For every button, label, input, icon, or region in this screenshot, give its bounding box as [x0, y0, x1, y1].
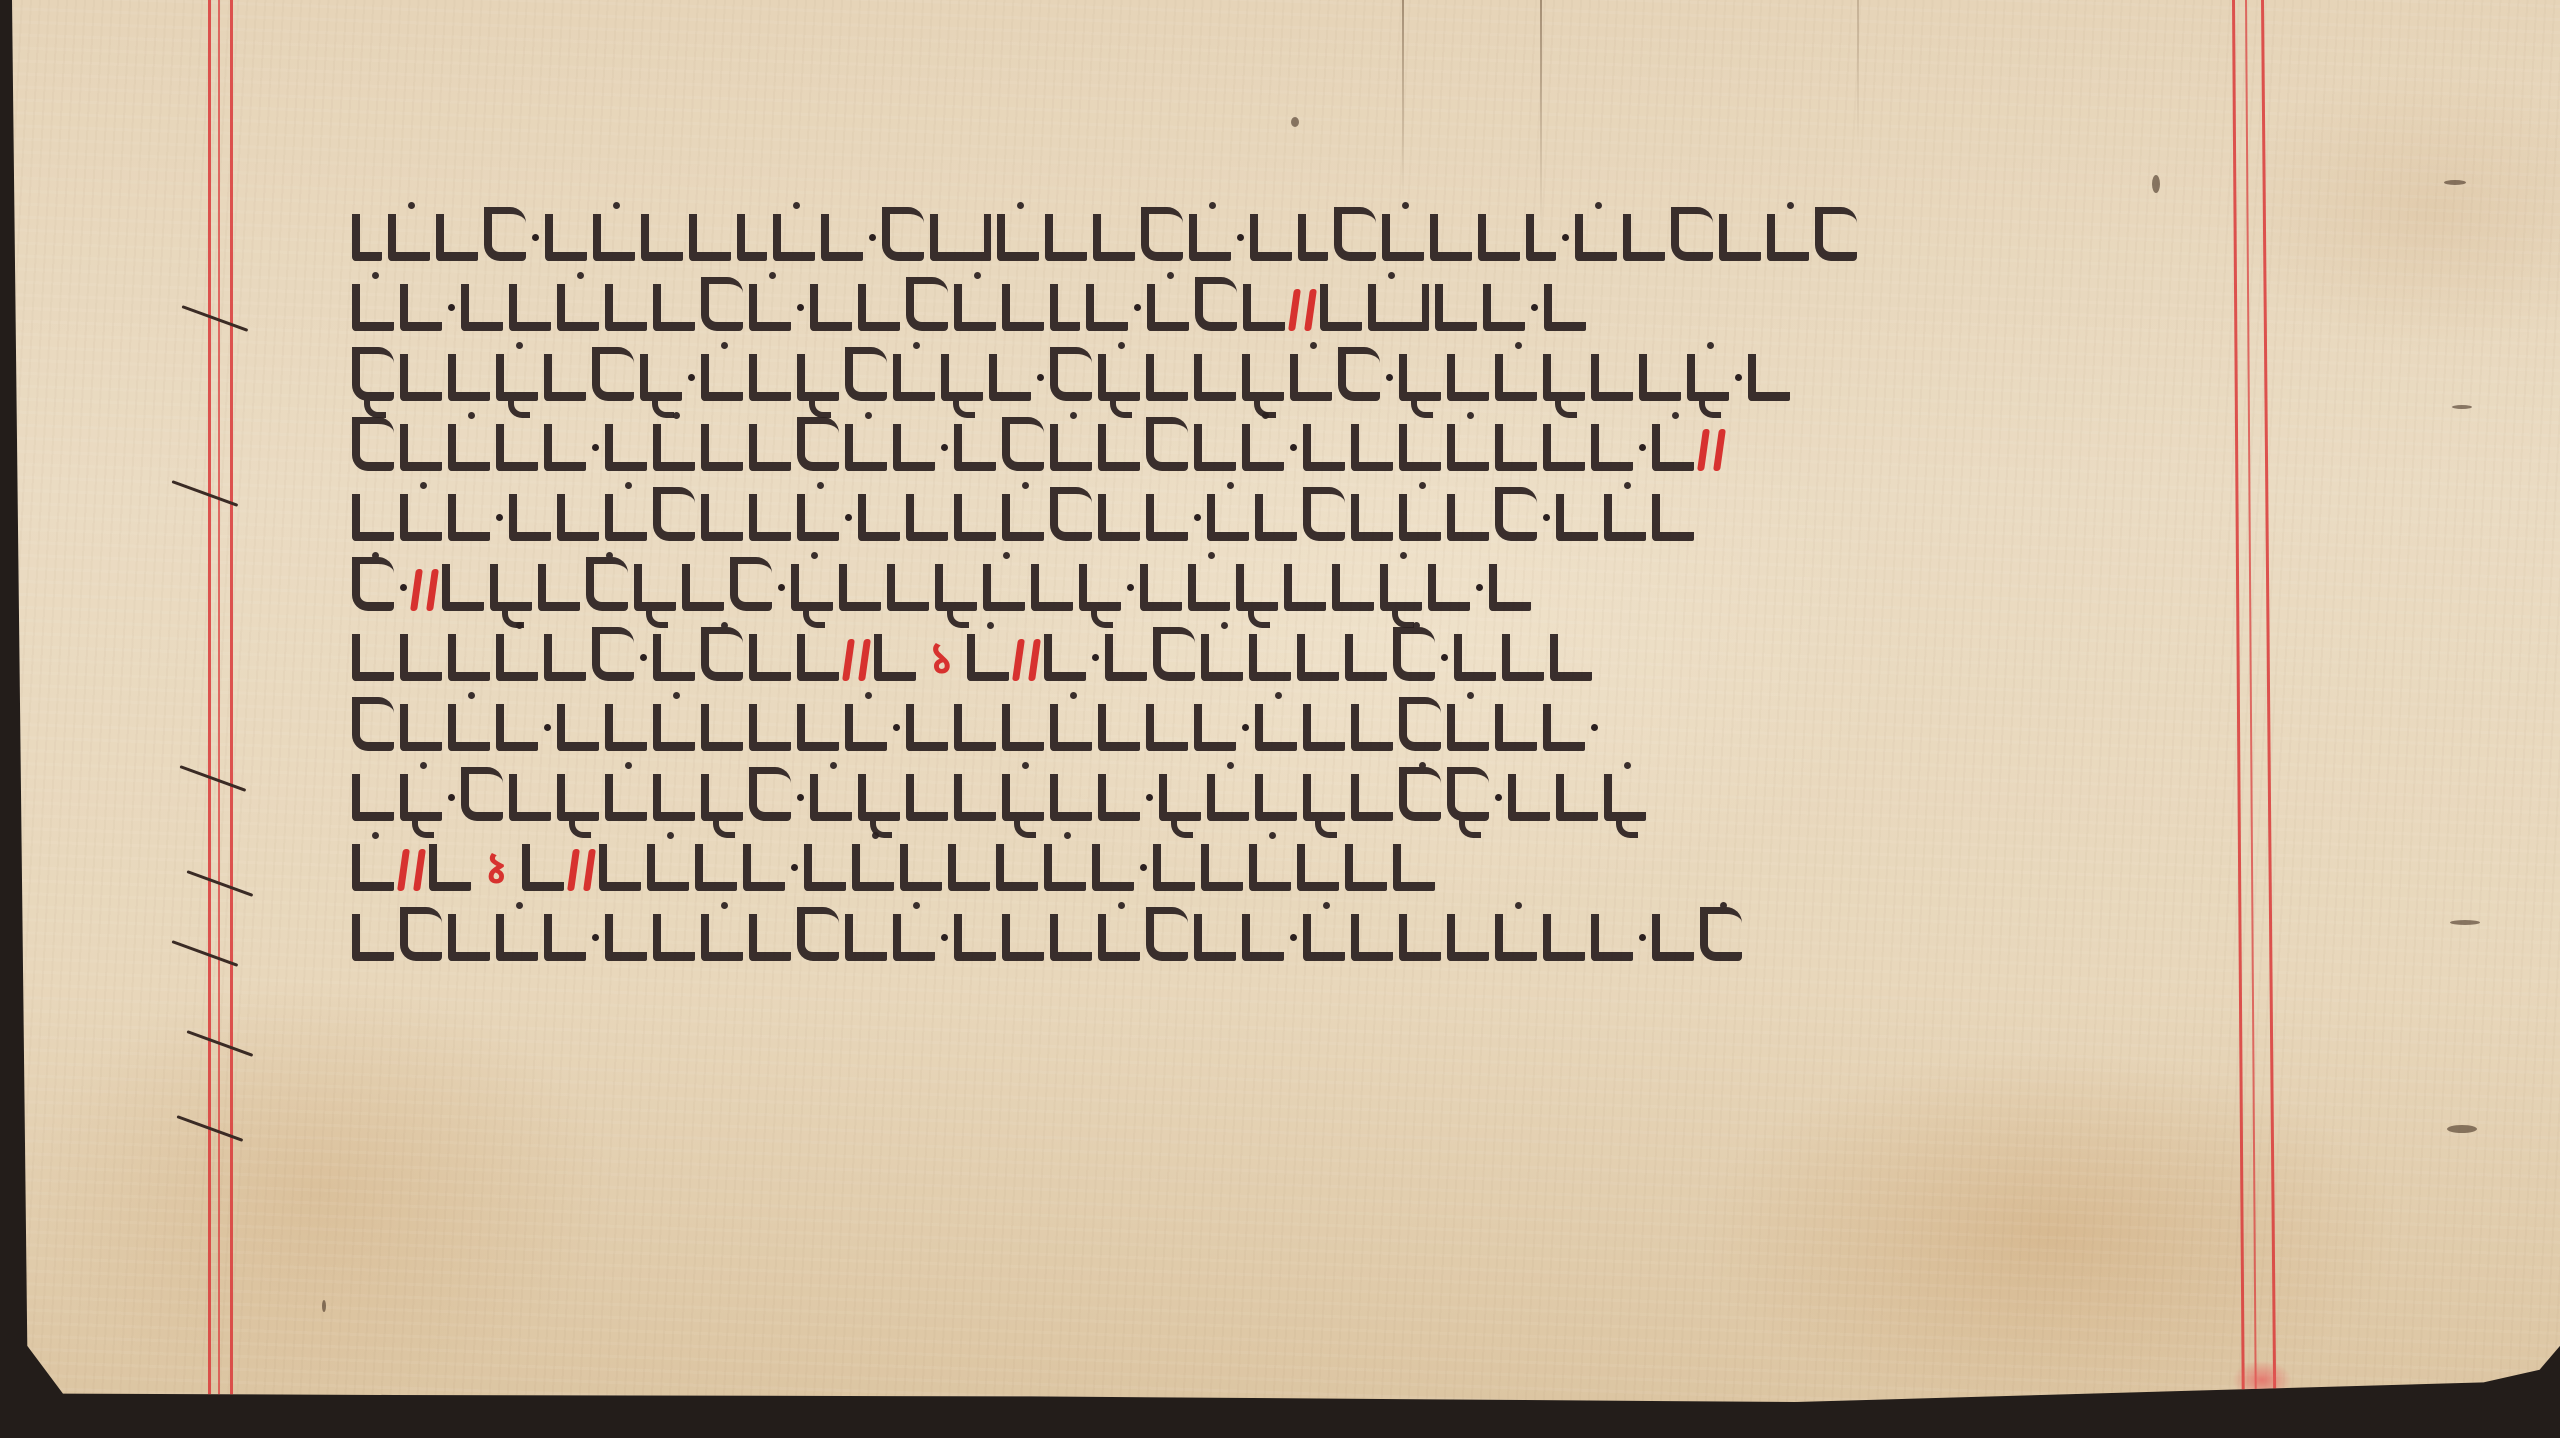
script-glyph — [1297, 844, 1339, 891]
script-glyph — [522, 844, 564, 891]
manuscript-line: ९ — [352, 625, 2252, 681]
paper-speck — [2447, 1125, 2477, 1133]
word-separator-dot — [797, 304, 804, 311]
script-glyph — [1194, 704, 1236, 751]
manuscript-leaf: ९१ — [12, 0, 2560, 1402]
script-glyph — [1604, 774, 1646, 821]
script-glyph — [1105, 634, 1147, 681]
script-glyph — [1652, 914, 1694, 961]
script-glyph — [997, 214, 1039, 261]
script-glyph — [544, 914, 586, 961]
script-glyph — [791, 564, 833, 611]
script-glyph — [1249, 844, 1291, 891]
word-separator-dot — [1531, 304, 1538, 311]
paper-crease — [1540, 0, 1542, 230]
script-glyph — [954, 774, 996, 821]
script-glyph — [1092, 844, 1134, 891]
script-glyph — [442, 564, 484, 611]
script-glyph — [1297, 634, 1339, 681]
script-glyph — [352, 844, 394, 891]
script-glyph — [1255, 494, 1297, 541]
script-glyph — [1201, 844, 1243, 891]
script-glyph — [749, 704, 791, 751]
script-glyph — [1249, 634, 1291, 681]
script-glyph — [1351, 704, 1393, 751]
script-glyph — [730, 557, 772, 611]
script-glyph — [352, 774, 394, 821]
script-glyph — [1700, 907, 1742, 961]
script-glyph — [592, 627, 634, 681]
script-glyph — [1207, 494, 1249, 541]
script-glyph — [496, 704, 538, 751]
script-glyph — [689, 214, 731, 261]
script-glyph — [496, 634, 538, 681]
manuscript-line — [352, 695, 2252, 751]
script-glyph — [954, 424, 996, 471]
left-margin-rule — [218, 0, 220, 1400]
script-glyph — [1543, 424, 1585, 471]
word-separator-dot — [869, 234, 876, 241]
script-glyph — [400, 774, 442, 821]
script-glyph — [400, 704, 442, 751]
left-margin-rule — [208, 0, 211, 1400]
script-glyph — [1393, 844, 1435, 891]
manuscript-line — [352, 555, 2252, 611]
double-danda-mark — [400, 847, 423, 891]
script-glyph — [1338, 347, 1380, 401]
script-glyph — [797, 704, 839, 751]
script-glyph — [634, 564, 676, 611]
script-glyph — [882, 207, 924, 261]
script-glyph — [1146, 704, 1188, 751]
script-glyph — [557, 284, 599, 331]
script-glyph — [1332, 564, 1374, 611]
script-glyph — [1098, 354, 1140, 401]
script-glyph — [852, 844, 894, 891]
script-glyph — [1250, 214, 1292, 261]
word-separator-dot — [1441, 654, 1448, 661]
right-margin-rule — [2261, 0, 2276, 1395]
manuscript-line — [352, 905, 2252, 961]
script-glyph — [496, 914, 538, 961]
script-glyph — [1543, 914, 1585, 961]
script-glyph — [906, 277, 948, 331]
script-glyph — [1050, 347, 1092, 401]
script-glyph — [352, 284, 394, 331]
line-guide-stroke — [171, 940, 238, 967]
script-glyph — [461, 284, 503, 331]
ink-bleed — [2232, 1360, 2292, 1400]
left-margin-rule — [230, 0, 233, 1400]
script-glyph — [1320, 284, 1362, 331]
script-glyph — [1495, 914, 1537, 961]
script-glyph — [352, 417, 394, 471]
script-glyph — [1671, 207, 1713, 261]
script-glyph — [593, 214, 635, 261]
script-glyph — [1767, 214, 1809, 261]
script-glyph — [845, 424, 887, 471]
script-glyph — [448, 424, 490, 471]
script-glyph — [448, 354, 490, 401]
script-glyph — [1303, 914, 1345, 961]
script-glyph — [448, 634, 490, 681]
script-glyph — [893, 354, 935, 401]
script-glyph — [352, 557, 394, 611]
script-glyph — [1368, 284, 1429, 331]
manuscript-line — [352, 415, 2252, 471]
script-glyph — [954, 284, 996, 331]
script-glyph — [701, 704, 743, 751]
script-glyph — [1098, 704, 1140, 751]
script-glyph — [429, 844, 471, 891]
paper-speck — [2444, 180, 2466, 185]
script-glyph — [1687, 354, 1729, 401]
script-glyph — [1544, 284, 1586, 331]
script-glyph — [647, 844, 689, 891]
script-glyph — [592, 347, 634, 401]
script-glyph — [1284, 564, 1326, 611]
script-glyph — [701, 354, 743, 401]
script-glyph — [737, 214, 767, 261]
script-glyph — [1591, 914, 1633, 961]
script-glyph — [557, 774, 599, 821]
script-glyph — [1447, 494, 1489, 541]
script-glyph — [1495, 487, 1537, 541]
script-glyph — [900, 844, 942, 891]
script-glyph — [1242, 914, 1284, 961]
word-separator-dot — [1290, 444, 1297, 451]
word-separator-dot — [688, 374, 695, 381]
word-separator-dot — [1290, 934, 1297, 941]
script-glyph — [436, 214, 478, 261]
script-glyph — [1201, 634, 1243, 681]
script-glyph — [605, 284, 647, 331]
script-glyph — [749, 424, 791, 471]
script-glyph — [1146, 354, 1188, 401]
script-glyph — [352, 697, 394, 751]
script-glyph — [1044, 844, 1086, 891]
word-separator-dot — [1092, 654, 1099, 661]
double-danda-mark — [1700, 427, 1723, 471]
script-glyph — [701, 424, 743, 471]
word-separator-dot — [1140, 864, 1147, 871]
script-glyph — [1495, 424, 1537, 471]
script-glyph — [887, 564, 929, 611]
script-glyph — [586, 557, 628, 611]
script-glyph — [1591, 424, 1633, 471]
script-glyph — [1098, 424, 1140, 471]
script-glyph — [845, 347, 887, 401]
script-glyph — [749, 914, 791, 961]
manuscript-line — [352, 275, 2252, 331]
script-glyph — [954, 494, 996, 541]
script-glyph — [1140, 564, 1182, 611]
script-glyph — [797, 354, 839, 401]
word-separator-dot — [448, 304, 455, 311]
word-separator-dot — [845, 514, 852, 521]
script-glyph — [1399, 697, 1441, 751]
word-separator-dot — [400, 584, 407, 591]
script-glyph — [874, 634, 916, 681]
script-glyph — [1255, 704, 1297, 751]
script-glyph — [906, 494, 948, 541]
manuscript-text-block: ९१ — [352, 205, 2252, 975]
script-glyph — [1351, 424, 1393, 471]
script-glyph — [773, 214, 815, 261]
script-glyph — [749, 634, 791, 681]
script-glyph — [1141, 207, 1183, 261]
script-glyph — [1478, 214, 1520, 261]
script-glyph — [1345, 634, 1387, 681]
script-glyph — [1575, 214, 1617, 261]
script-glyph — [1044, 634, 1086, 681]
script-glyph — [1153, 627, 1195, 681]
double-danda-mark — [845, 637, 868, 681]
paper-speck — [1291, 117, 1299, 127]
word-separator-dot — [1194, 514, 1201, 521]
script-glyph — [701, 914, 743, 961]
word-separator-dot — [1495, 794, 1502, 801]
script-glyph — [640, 354, 682, 401]
script-glyph — [1050, 487, 1092, 541]
script-glyph — [509, 494, 551, 541]
word-separator-dot — [778, 584, 785, 591]
word-separator-dot — [532, 234, 539, 241]
script-glyph — [1146, 417, 1188, 471]
script-glyph — [605, 424, 647, 471]
script-glyph — [1031, 564, 1073, 611]
script-glyph — [1399, 424, 1441, 471]
script-glyph — [845, 914, 887, 961]
script-glyph — [797, 494, 839, 541]
manuscript-photo: ९१ — [0, 0, 2560, 1438]
script-glyph — [1748, 354, 1790, 401]
script-glyph — [400, 284, 442, 331]
script-glyph — [605, 494, 647, 541]
word-separator-dot — [1639, 444, 1646, 451]
script-glyph — [743, 844, 785, 891]
double-danda-mark — [1291, 287, 1314, 331]
script-glyph — [400, 907, 442, 961]
script-glyph — [1447, 704, 1489, 751]
line-guide-stroke — [179, 765, 246, 792]
script-glyph — [804, 844, 846, 891]
script-glyph — [388, 214, 430, 261]
script-glyph — [1079, 564, 1121, 611]
script-glyph — [858, 284, 900, 331]
word-separator-dot — [941, 934, 948, 941]
verse-number-mark: १ — [485, 847, 508, 891]
script-glyph — [1255, 774, 1297, 821]
script-glyph — [1430, 214, 1472, 261]
word-separator-dot — [496, 514, 503, 521]
script-glyph — [1242, 424, 1284, 471]
script-glyph — [1098, 494, 1140, 541]
script-glyph — [352, 914, 394, 961]
line-guide-stroke — [171, 480, 238, 507]
script-glyph — [1447, 914, 1489, 961]
script-glyph — [400, 634, 442, 681]
script-glyph — [1002, 914, 1044, 961]
script-glyph — [701, 774, 743, 821]
script-glyph — [797, 634, 839, 681]
script-glyph — [496, 354, 538, 401]
script-glyph — [1002, 284, 1044, 331]
double-danda-mark — [413, 567, 436, 611]
script-glyph — [352, 347, 394, 401]
script-glyph — [1098, 914, 1140, 961]
script-glyph — [1002, 417, 1044, 471]
script-glyph — [1093, 214, 1135, 261]
script-glyph — [1050, 424, 1092, 471]
script-glyph — [810, 284, 852, 331]
script-glyph — [810, 774, 852, 821]
script-glyph — [1351, 774, 1393, 821]
script-glyph — [1334, 207, 1376, 261]
script-glyph — [1098, 774, 1140, 821]
word-separator-dot — [1146, 794, 1153, 801]
word-separator-dot — [640, 654, 647, 661]
script-glyph — [538, 564, 580, 611]
word-separator-dot — [1543, 514, 1550, 521]
script-glyph — [352, 634, 394, 681]
script-glyph — [749, 284, 791, 331]
script-glyph — [653, 284, 695, 331]
double-danda-mark — [1015, 637, 1038, 681]
word-separator-dot — [1562, 234, 1569, 241]
script-glyph — [1147, 284, 1189, 331]
script-glyph — [1489, 564, 1531, 611]
script-glyph — [858, 774, 900, 821]
script-glyph — [545, 214, 587, 261]
script-glyph — [695, 844, 737, 891]
script-glyph — [509, 284, 551, 331]
script-glyph — [461, 767, 503, 821]
script-glyph — [1194, 424, 1236, 471]
script-glyph — [1382, 214, 1424, 261]
script-glyph — [448, 914, 490, 961]
double-danda-mark — [570, 847, 593, 891]
script-glyph — [1303, 704, 1345, 751]
script-glyph — [605, 774, 647, 821]
script-glyph — [839, 564, 881, 611]
script-glyph — [1050, 704, 1092, 751]
script-glyph — [930, 214, 991, 261]
script-glyph — [1604, 494, 1646, 541]
script-glyph — [682, 564, 724, 611]
manuscript-line — [352, 205, 2252, 261]
script-glyph — [989, 354, 1031, 401]
script-glyph — [653, 424, 695, 471]
script-glyph — [749, 767, 791, 821]
script-glyph — [1195, 277, 1237, 331]
script-glyph — [858, 494, 900, 541]
script-glyph — [1242, 354, 1284, 401]
script-glyph — [1428, 564, 1470, 611]
script-glyph — [1399, 767, 1441, 821]
script-glyph — [1815, 207, 1857, 261]
script-glyph — [845, 704, 887, 751]
script-glyph — [1495, 354, 1537, 401]
manuscript-line — [352, 765, 2252, 821]
paper-crease — [1402, 0, 1404, 200]
word-separator-dot — [448, 794, 455, 801]
script-glyph — [448, 704, 490, 751]
script-glyph — [1146, 494, 1188, 541]
script-glyph — [1303, 424, 1345, 471]
script-glyph — [653, 487, 695, 541]
script-glyph — [496, 424, 538, 471]
script-glyph — [1526, 214, 1556, 261]
script-glyph — [544, 634, 586, 681]
script-glyph — [599, 844, 641, 891]
script-glyph — [490, 564, 532, 611]
script-glyph — [509, 774, 551, 821]
script-glyph — [1447, 767, 1489, 821]
script-glyph — [701, 494, 743, 541]
script-glyph — [1495, 704, 1537, 751]
script-glyph — [1447, 354, 1489, 401]
script-glyph — [1652, 424, 1694, 471]
script-glyph — [701, 627, 743, 681]
script-glyph — [1351, 494, 1393, 541]
script-glyph — [1194, 914, 1236, 961]
script-glyph — [1483, 284, 1525, 331]
script-glyph — [1243, 284, 1285, 331]
word-separator-dot — [1037, 374, 1044, 381]
word-separator-dot — [544, 724, 551, 731]
script-glyph — [400, 354, 442, 401]
line-guide-stroke — [181, 305, 248, 332]
script-glyph — [1002, 774, 1044, 821]
word-separator-dot — [797, 794, 804, 801]
script-glyph — [400, 494, 442, 541]
script-glyph — [1399, 354, 1441, 401]
script-glyph — [797, 417, 839, 471]
script-glyph — [1543, 704, 1585, 751]
word-separator-dot — [592, 934, 599, 941]
script-glyph — [1188, 564, 1230, 611]
script-glyph — [1623, 214, 1665, 261]
script-glyph — [1050, 774, 1092, 821]
word-separator-dot — [1386, 374, 1393, 381]
script-glyph — [1345, 844, 1387, 891]
script-glyph — [1303, 487, 1345, 541]
script-glyph — [1351, 914, 1393, 961]
word-separator-dot — [592, 444, 599, 451]
word-separator-dot — [1242, 724, 1249, 731]
script-glyph — [1556, 774, 1598, 821]
script-glyph — [653, 634, 695, 681]
paper-speck — [2452, 405, 2472, 409]
script-glyph — [484, 207, 526, 261]
paper-speck — [2450, 920, 2480, 925]
word-separator-dot — [791, 864, 798, 871]
script-glyph — [400, 424, 442, 471]
script-glyph — [605, 704, 647, 751]
script-glyph — [749, 354, 791, 401]
script-glyph — [1652, 494, 1694, 541]
script-glyph — [605, 914, 647, 961]
script-glyph — [1086, 284, 1128, 331]
script-glyph — [701, 277, 743, 331]
script-glyph — [1543, 354, 1585, 401]
script-glyph — [1194, 354, 1236, 401]
word-separator-dot — [1591, 724, 1598, 731]
script-glyph — [653, 914, 695, 961]
word-separator-dot — [1639, 934, 1646, 941]
script-glyph — [1399, 494, 1441, 541]
